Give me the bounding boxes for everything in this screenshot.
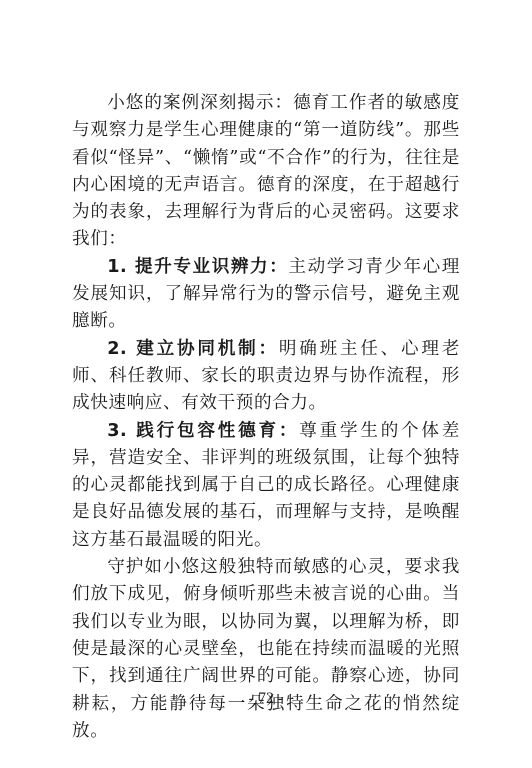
point-heading: 3. 践行包容性德育： <box>107 421 299 441</box>
paragraph-text: 守护如小悠这般独特而敏感的心灵，要求我们放下成见，俯身倾听那些未被言说的心曲。当… <box>72 557 460 741</box>
document-body: 小悠的案例深刻揭示：德育工作者的敏感度与观察力是学生心理健康的“第一道防线”。那… <box>72 90 460 745</box>
point-heading: 2. 建立协同机制： <box>107 339 279 359</box>
paragraph-intro: 小悠的案例深刻揭示：德育工作者的敏感度与观察力是学生心理健康的“第一道防线”。那… <box>72 90 460 254</box>
paragraph-point-3: 3. 践行包容性德育：尊重学生的个体差异，营造安全、非评判的班级氛围，让每个独特… <box>72 418 460 554</box>
page-number: - 72 - <box>0 690 532 708</box>
point-heading: 1. 提升专业识辨力： <box>107 257 288 277</box>
paragraph-text: 小悠的案例深刻揭示：德育工作者的敏感度与观察力是学生心理健康的“第一道防线”。那… <box>72 93 460 249</box>
paragraph-point-1: 1. 提升专业识辨力：主动学习青少年心理发展知识，了解异常行为的警示信号，避免主… <box>72 254 460 336</box>
paragraph-point-2: 2. 建立协同机制：明确班主任、心理老师、科任教师、家长的职责边界与协作流程，形… <box>72 336 460 418</box>
paragraph-conclusion: 守护如小悠这般独特而敏感的心灵，要求我们放下成见，俯身倾听那些未被言说的心曲。当… <box>72 554 460 745</box>
